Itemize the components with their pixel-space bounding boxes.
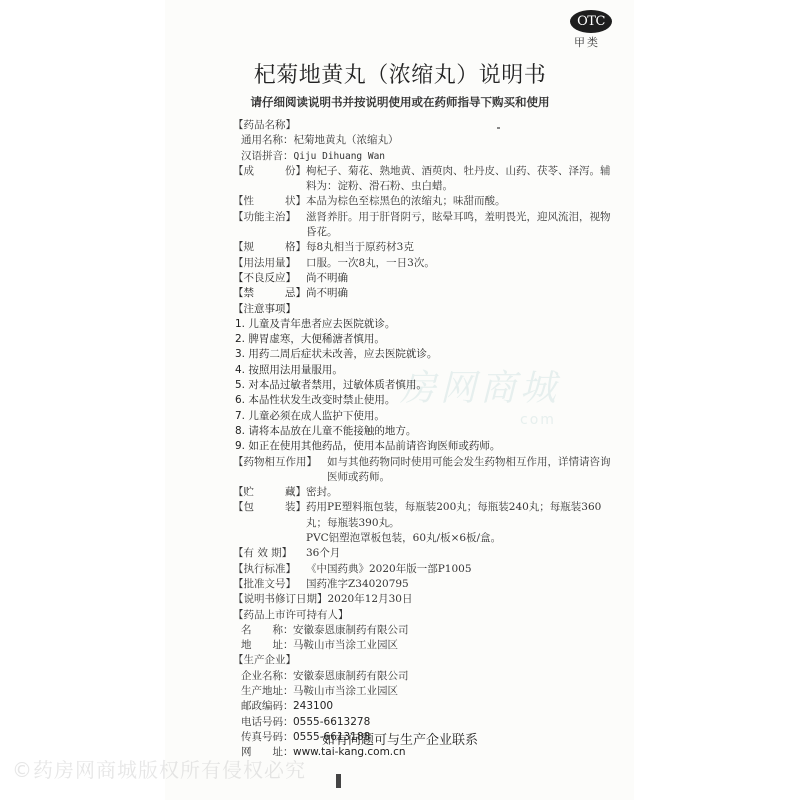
section-label: 【生产企业】 — [233, 653, 296, 668]
section-label: 【执行标准】 — [233, 562, 306, 577]
mah-name-label: 名 称： — [241, 623, 293, 638]
mah-address-label: 地 址： — [241, 638, 293, 653]
section-approval: 【批准文号】 国药准字Z34020795 — [233, 577, 613, 592]
generic-name-row: 通用名称：杞菊地黄丸（浓缩丸） — [233, 133, 613, 148]
production-address-value: 马鞍山市当涂工业园区 — [293, 684, 398, 699]
leaflet-content: 【药品名称】 通用名称：杞菊地黄丸（浓缩丸） 汉语拼音：Qiju Dihuang… — [233, 118, 613, 760]
packaging-value-2: PVC铝塑泡罩板包装，60丸/板×6板/盒。 — [306, 531, 613, 546]
standard-value: 《中国药典》2020年版一部P1005 — [306, 562, 472, 577]
precaution-item: 1. 儿童及青年患者应去医院就诊。 — [235, 317, 613, 332]
section-label: 【药品名称】 — [233, 118, 296, 133]
specification-value: 每8丸相当于原药材3克 — [306, 240, 414, 255]
manufacturer-company-row: 企业名称：安徽泰恩康制药有限公司 — [233, 669, 613, 684]
pinyin-label: 汉语拼音： — [241, 149, 294, 164]
precaution-item: 7. 儿童必须在成人监护下使用。 — [235, 409, 613, 424]
section-mah-heading: 【药品上市许可持有人】 — [233, 608, 613, 623]
section-label: 【说明书修订日期】 — [233, 592, 328, 607]
section-adverse-reactions: 【不良反应】 尚不明确 — [233, 271, 613, 286]
section-indications: 【功能主治】 滋肾养肝。用于肝肾阴亏，眩晕耳鸣，羞明畏光，迎风流泪，视物昏花。 — [233, 210, 613, 241]
section-label: 【包装】 — [233, 500, 306, 546]
section-validity: 【有 效 期】 36个月 — [233, 546, 613, 561]
precaution-item: 5. 对本品过敏者禁用，过敏体质者慎用。 — [235, 378, 613, 393]
validity-value: 36个月 — [306, 546, 340, 561]
section-label: 【功能主治】 — [233, 210, 306, 241]
section-label: 【成份】 — [233, 164, 306, 195]
interactions-value: 如与其他药物同时使用可能会发生药物相互作用，详情请咨询医师或药师。 — [327, 455, 613, 486]
section-label: 【注意事项】 — [233, 302, 296, 317]
precaution-item: 6. 本品性状发生改变时禁止使用。 — [235, 393, 613, 408]
section-label: 【规格】 — [233, 240, 306, 255]
company-value: 安徽泰恩康制药有限公司 — [293, 669, 409, 684]
indications-value: 滋肾养肝。用于肝肾阴亏，眩晕耳鸣，羞明畏光，迎风流泪，视物昏花。 — [306, 210, 613, 241]
section-packaging: 【包装】 药用PE塑料瓶包装，每瓶装200丸；每瓶装240丸；每瓶装360丸；每… — [233, 500, 613, 546]
section-label: 【贮藏】 — [233, 485, 306, 500]
adverse-reactions-value: 尚不明确 — [306, 271, 348, 286]
precaution-item: 3. 用药二周后症状未改善，应去医院就诊。 — [235, 347, 613, 362]
section-label: 【禁忌】 — [233, 286, 306, 301]
appearance-value: 本品为棕色至棕黑色的浓缩丸；味甜而酸。 — [306, 194, 506, 209]
section-interactions: 【药物相互作用】 如与其他药物同时使用可能会发生药物相互作用，详情请咨询医师或药… — [233, 455, 613, 486]
section-standard: 【执行标准】 《中国药典》2020年版一部P1005 — [233, 562, 613, 577]
precautions-list: 1. 儿童及青年患者应去医院就诊。 2. 脾胃虚寒，大便稀溏者慎用。 3. 用药… — [233, 317, 613, 455]
mah-address-value: 马鞍山市当涂工业园区 — [293, 638, 398, 653]
section-label: 【药物相互作用】 — [233, 455, 327, 486]
mah-address-row: 地 址：马鞍山市当涂工业园区 — [233, 638, 613, 653]
generic-name-label: 通用名称： — [241, 133, 294, 148]
postcode-value: 243100 — [293, 699, 333, 714]
otc-class-label: 甲类 — [574, 34, 600, 50]
section-label: 【不良反应】 — [233, 271, 306, 286]
section-drug-name-heading: 【药品名称】 — [233, 118, 613, 133]
section-contraindications: 【禁忌】 尚不明确 — [233, 286, 613, 301]
section-label: 【有 效 期】 — [233, 546, 306, 561]
contact-note: 如有问题可与生产企业联系 — [0, 729, 800, 748]
phone-value: 0555-6613278 — [293, 715, 370, 730]
section-manufacturer-heading: 【生产企业】 — [233, 653, 613, 668]
phone-label: 电话号码： — [241, 715, 293, 730]
mah-name-row: 名 称：安徽泰恩康制药有限公司 — [233, 623, 613, 638]
page-title: 杞菊地黄丸（浓缩丸）说明书 — [0, 58, 800, 89]
packaging-value: 药用PE塑料瓶包装，每瓶装200丸；每瓶装240丸；每瓶装360丸；每瓶装390… — [306, 500, 613, 531]
manufacturer-address-row: 生产地址：马鞍山市当涂工业园区 — [233, 684, 613, 699]
precaution-item: 9. 如正在使用其他药品，使用本品前请咨询医师或药师。 — [235, 439, 613, 454]
section-label: 【批准文号】 — [233, 577, 306, 592]
section-label: 【药品上市许可持有人】 — [233, 608, 349, 623]
otc-badge: OTC — [570, 10, 612, 33]
manufacturer-phone-row: 电话号码：0555-6613278 — [233, 715, 613, 730]
section-ingredients: 【成份】 枸杞子、菊花、熟地黄、酒萸肉、牡丹皮、山药、茯苓、泽泻。辅料为：淀粉、… — [233, 164, 613, 195]
section-label: 【性状】 — [233, 194, 306, 209]
revision-date-value: 2020年12月30日 — [328, 592, 413, 607]
pinyin-value: Qiju Dihuang Wan — [294, 149, 386, 164]
precaution-item: 2. 脾胃虚寒，大便稀溏者慎用。 — [235, 332, 613, 347]
approval-value: 国药准字Z34020795 — [306, 577, 409, 592]
postcode-label: 邮政编码： — [241, 699, 293, 714]
contraindications-value: 尚不明确 — [306, 286, 348, 301]
section-storage: 【贮藏】 密封。 — [233, 485, 613, 500]
page-subtitle: 请仔细阅读说明书并按说明使用或在药师指导下购买和使用 — [0, 94, 800, 110]
generic-name-value: 杞菊地黄丸（浓缩丸） — [294, 133, 399, 148]
precaution-item: 4. 按照用法用量服用。 — [235, 363, 613, 378]
section-label: 【用法用量】 — [233, 256, 306, 271]
production-address-label: 生产地址： — [241, 684, 293, 699]
precaution-item: 8. 请将本品放在儿童不能接触的地方。 — [235, 424, 613, 439]
ingredients-value: 枸杞子、菊花、熟地黄、酒萸肉、牡丹皮、山药、茯苓、泽泻。辅料为：淀粉、滑石粉、虫… — [306, 164, 613, 195]
page-marker — [336, 774, 341, 788]
section-precautions-heading: 【注意事项】 — [233, 302, 613, 317]
section-appearance: 【性状】 本品为棕色至棕黑色的浓缩丸；味甜而酸。 — [233, 194, 613, 209]
section-dosage: 【用法用量】 口服。一次8丸，一日3次。 — [233, 256, 613, 271]
mah-name-value: 安徽泰恩康制药有限公司 — [293, 623, 409, 638]
copyright-watermark: ©药房网商城版权所有侵权必究 — [12, 754, 306, 783]
pinyin-row: 汉语拼音：Qiju Dihuang Wan — [233, 149, 613, 164]
dosage-value: 口服。一次8丸，一日3次。 — [306, 256, 435, 271]
storage-value: 密封。 — [306, 485, 338, 500]
section-specification: 【规格】 每8丸相当于原药材3克 — [233, 240, 613, 255]
company-label: 企业名称： — [241, 669, 293, 684]
section-revision-date: 【说明书修订日期】 2020年12月30日 — [233, 592, 613, 607]
manufacturer-postcode-row: 邮政编码：243100 — [233, 699, 613, 714]
